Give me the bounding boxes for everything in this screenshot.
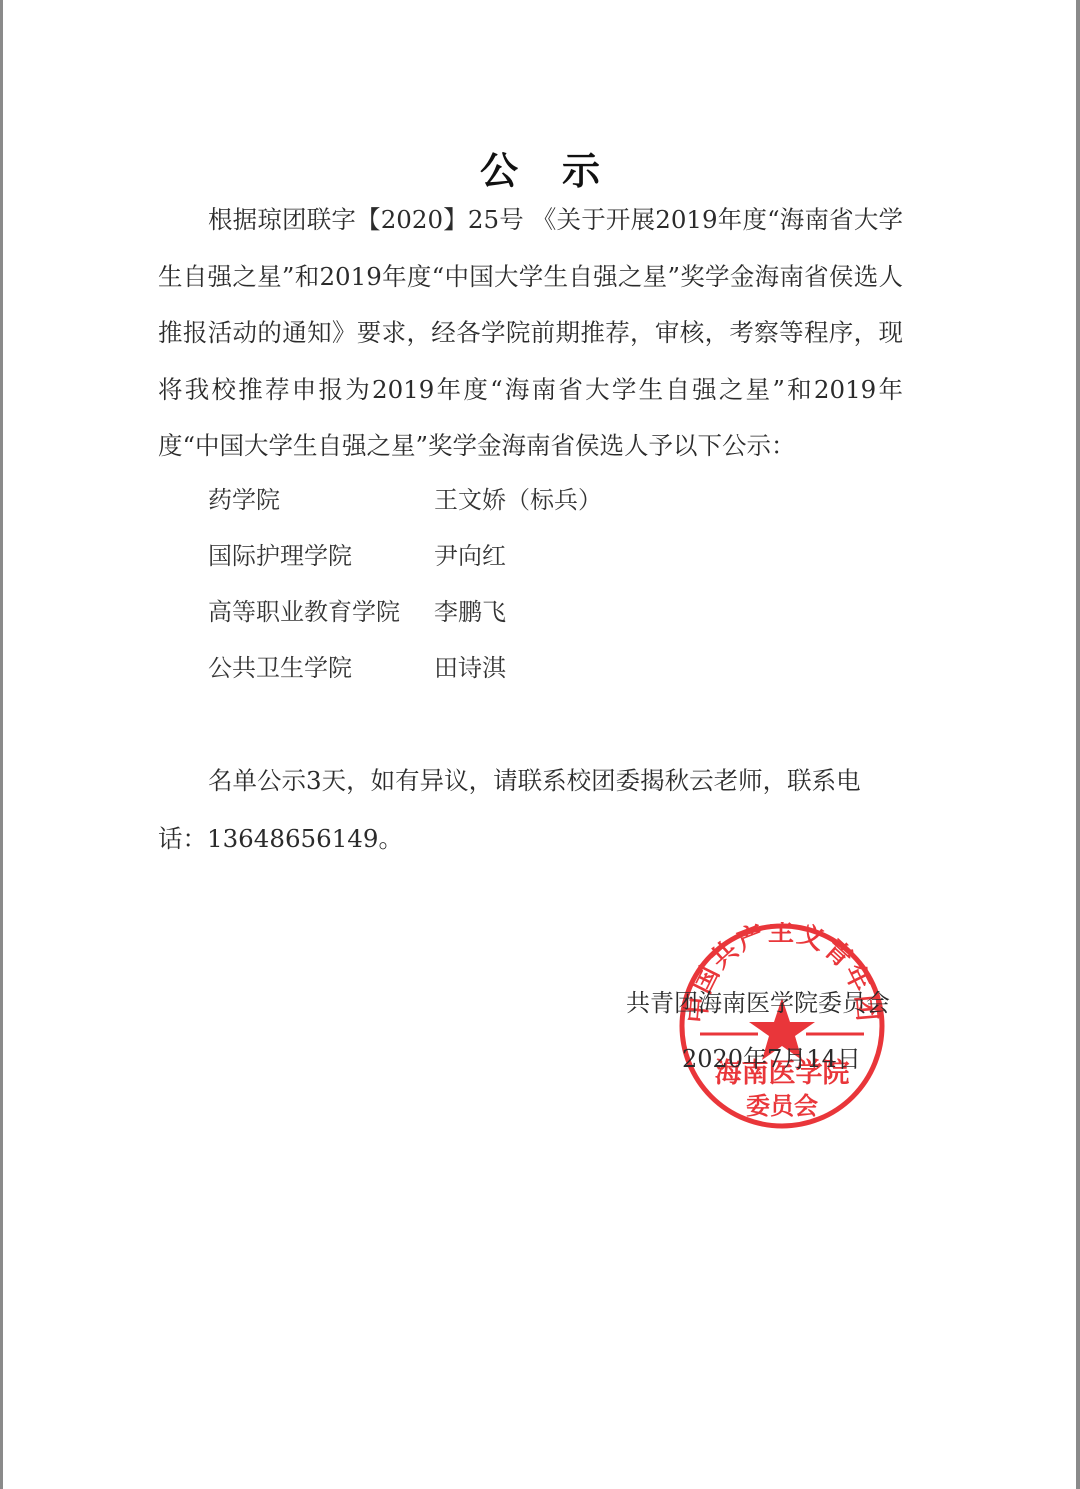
page-edge-right <box>1076 0 1080 1489</box>
document-title: 公示 <box>0 140 1080 195</box>
nominee-college: 药学院 <box>208 472 434 528</box>
issue-date: 2020年7月14日 <box>682 1034 861 1084</box>
nominee-row: 国际护理学院 尹向红 <box>208 528 602 584</box>
notice-paragraph: 名单公示3天，如有异议，请联系校团委揭秋云老师，联系电话：13648656149… <box>158 752 903 868</box>
nominee-row: 药学院 王文娇（标兵） <box>208 472 602 528</box>
issuer-signature: 共青团海南医学院委员会 <box>626 978 890 1028</box>
nominee-college: 公共卫生学院 <box>208 640 434 696</box>
page-edge-left <box>0 0 3 1489</box>
nominee-row: 高等职业教育学院 李鹏飞 <box>208 584 602 640</box>
nominee-name: 田诗淇 <box>434 640 506 696</box>
nominee-name: 王文娇（标兵） <box>434 472 602 528</box>
nominee-list: 药学院 王文娇（标兵） 国际护理学院 尹向红 高等职业教育学院 李鹏飞 公共卫生… <box>208 472 602 696</box>
nominee-row: 公共卫生学院 田诗淇 <box>208 640 602 696</box>
nominee-name: 李鹏飞 <box>434 584 506 640</box>
seal-bottom-text: 委员会 <box>746 1092 818 1120</box>
nominee-college: 高等职业教育学院 <box>208 584 434 640</box>
nominee-name: 尹向红 <box>434 528 506 584</box>
nominee-college: 国际护理学院 <box>208 528 434 584</box>
body-paragraph: 根据琼团联字【2020】25号 《关于开展2019年度“海南省大学生自强之星”和… <box>158 192 903 475</box>
